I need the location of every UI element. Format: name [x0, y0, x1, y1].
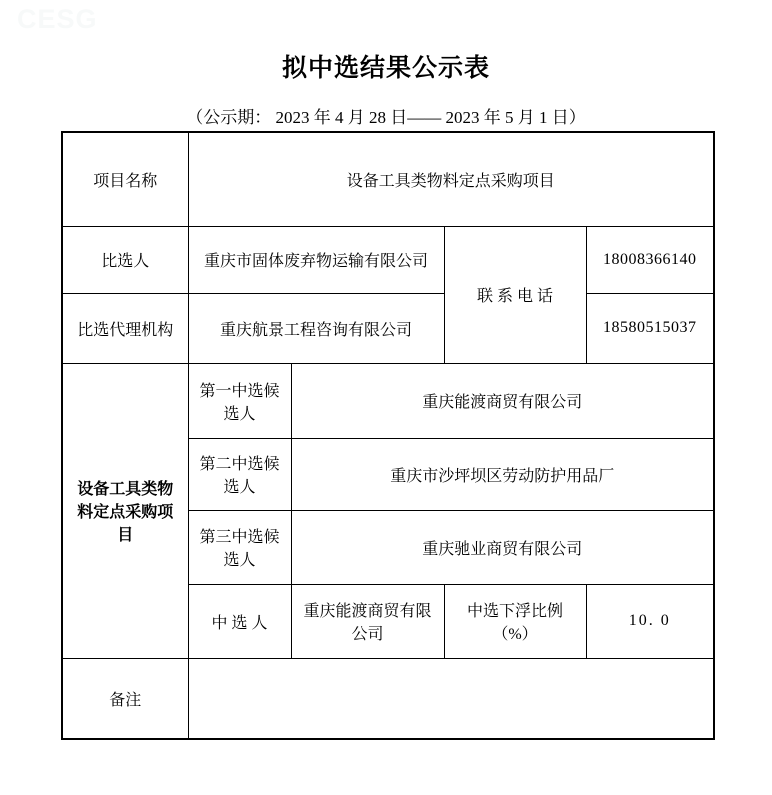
contact-phone-label: 联 系 电 话: [444, 226, 586, 363]
comparer-name-value: 重庆市固体废弃物运输有限公司: [188, 226, 444, 293]
agency-phone-value: 18580515037: [586, 293, 714, 363]
table-row: 比选代理机构 重庆航景工程咨询有限公司 18580515037: [62, 293, 714, 363]
agency-name-value: 重庆航景工程咨询有限公司: [188, 293, 444, 363]
candidate2-label: 第二中选候选人: [188, 438, 291, 510]
publicity-period: （公示期： 2023 年 4 月 28 日—— 2023 年 5 月 1 日）: [0, 103, 772, 128]
section-label: 设备工具类物料定点采购项目: [62, 363, 188, 658]
agency-label: 比选代理机构: [62, 293, 188, 363]
project-name-value: 设备工具类物料定点采购项目: [188, 132, 714, 226]
remarks-label: 备注: [62, 658, 188, 739]
table-row: 设备工具类物料定点采购项目 第一中选候选人 重庆能渡商贸有限公司: [62, 363, 714, 438]
remarks-value: [188, 658, 714, 739]
page-title: 拟中选结果公示表: [0, 48, 772, 84]
winner-label: 中 选 人: [188, 584, 291, 658]
table-row: 项目名称 设备工具类物料定点采购项目: [62, 132, 714, 226]
results-table: 项目名称 设备工具类物料定点采购项目 比选人 重庆市固体废弃物运输有限公司 联 …: [61, 131, 715, 740]
discount-ratio-label: 中选下浮比例 （%）: [444, 584, 586, 658]
candidate1-name-value: 重庆能渡商贸有限公司: [291, 363, 714, 438]
watermark-logo: CESG: [17, 4, 98, 35]
winner-name-value: 重庆能渡商贸有限公司: [291, 584, 444, 658]
candidate3-name-value: 重庆驰业商贸有限公司: [291, 510, 714, 584]
comparer-phone-value: 18008366140: [586, 226, 714, 293]
comparer-label: 比选人: [62, 226, 188, 293]
candidate1-label: 第一中选候选人: [188, 363, 291, 438]
table-row: 备注: [62, 658, 714, 739]
project-name-label: 项目名称: [62, 132, 188, 226]
candidate2-name-value: 重庆市沙坪坝区劳动防护用品厂: [291, 438, 714, 510]
discount-ratio-value: 10. 0: [586, 584, 714, 658]
notice-page: CESG 拟中选结果公示表 （公示期： 2023 年 4 月 28 日—— 20…: [0, 0, 772, 795]
candidate3-label: 第三中选候选人: [188, 510, 291, 584]
table-row: 比选人 重庆市固体废弃物运输有限公司 联 系 电 话 18008366140: [62, 226, 714, 293]
